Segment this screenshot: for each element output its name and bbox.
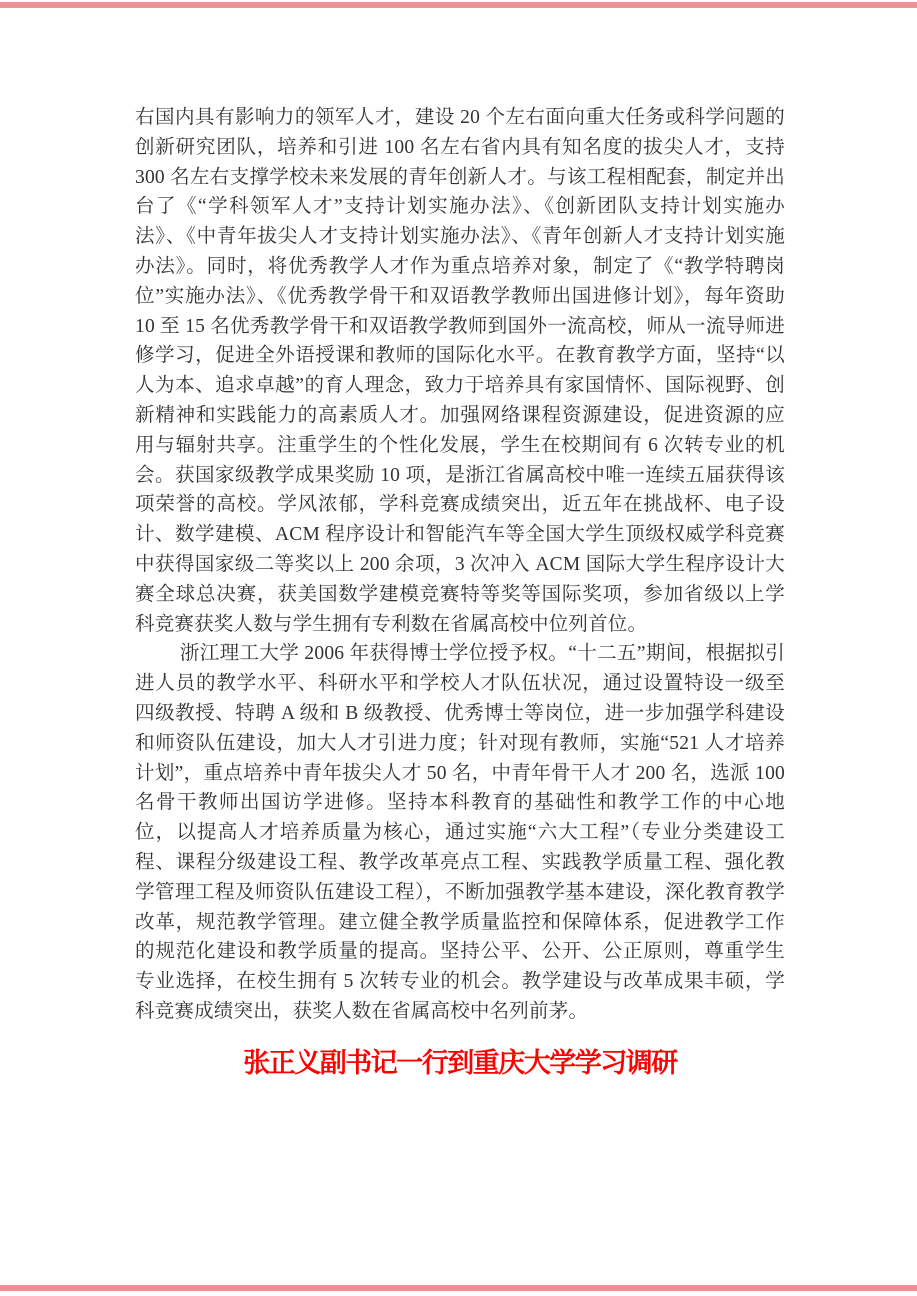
- paragraph-2: 浙江理工大学 2006 年获得博士学位授予权。“十二五”期间，根据拟引进人员的教…: [135, 639, 785, 1026]
- paragraph-1: 右国内具有影响力的领军人才，建设 20 个左右面向重大任务或科学问题的创新研究团…: [135, 103, 785, 639]
- article-heading: 张正义副书记一行到重庆大学学习调研: [135, 1045, 785, 1081]
- top-border-bar: [0, 2, 917, 8]
- bottom-border-bar: [0, 1285, 917, 1291]
- document-page: 右国内具有影响力的领军人才，建设 20 个左右面向重大任务或科学问题的创新研究团…: [0, 0, 917, 1296]
- document-body: 右国内具有影响力的领军人才，建设 20 个左右面向重大任务或科学问题的创新研究团…: [135, 103, 785, 1081]
